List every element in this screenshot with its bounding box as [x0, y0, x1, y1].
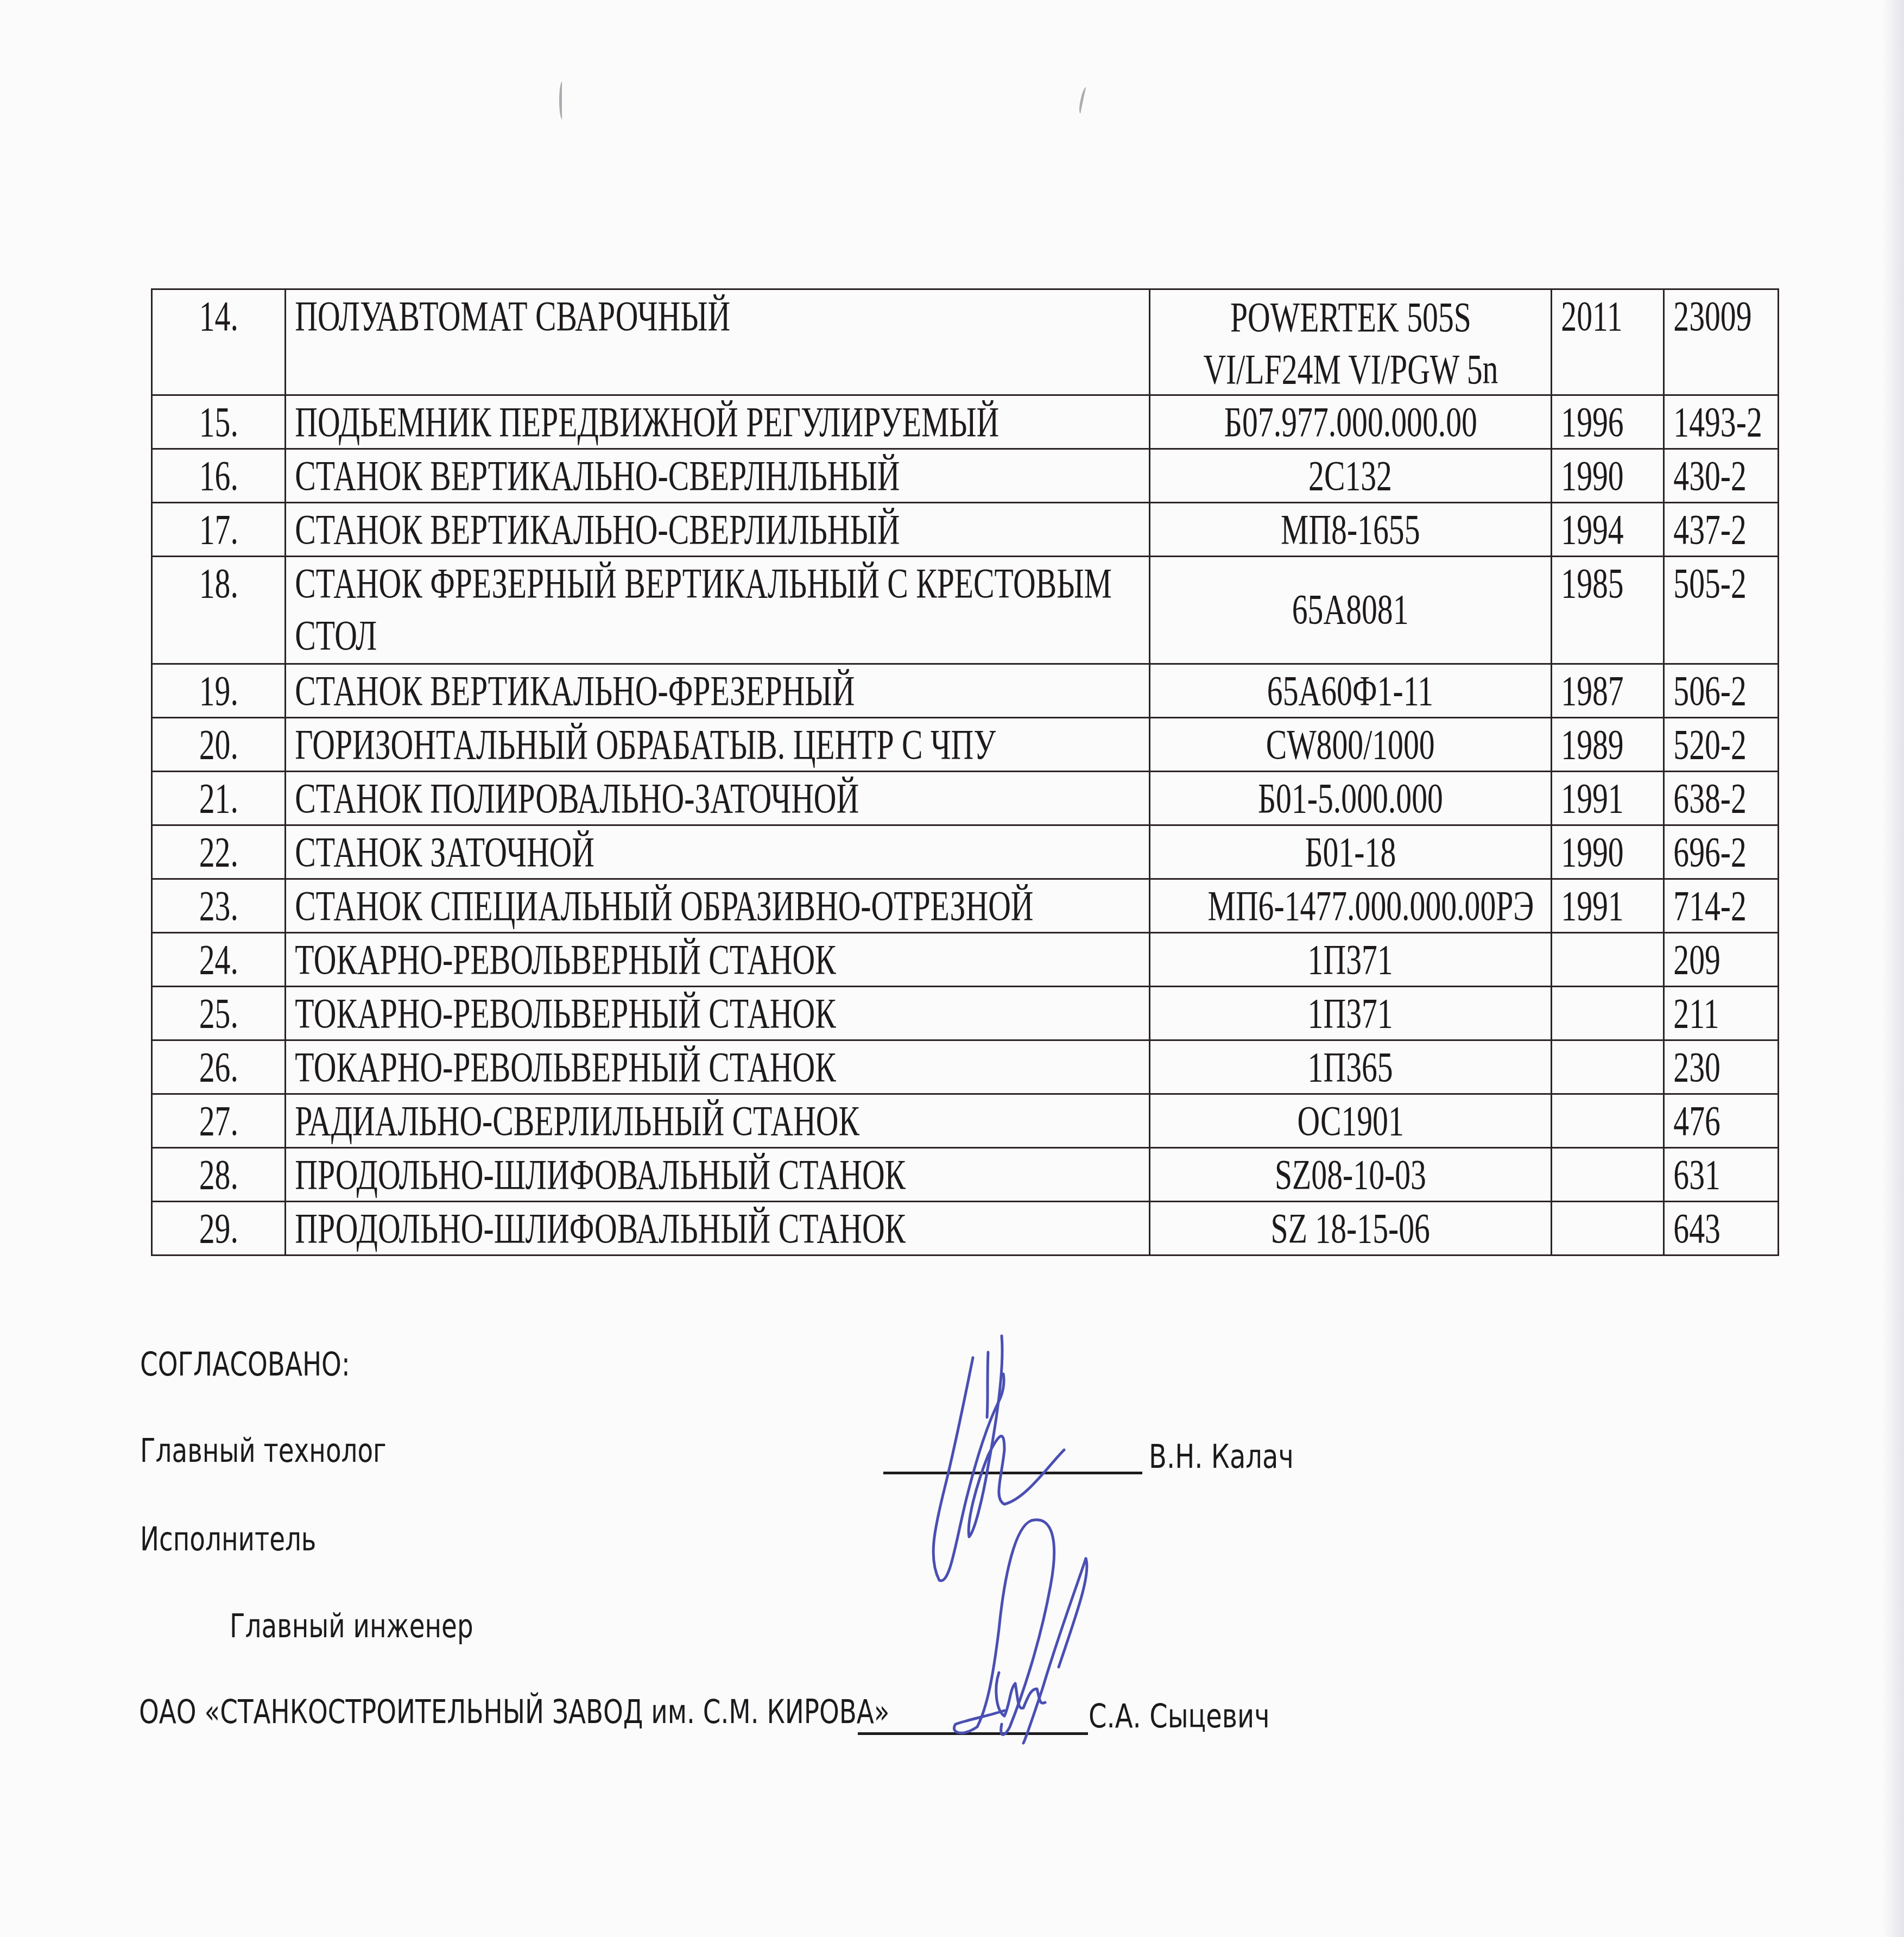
- inventory-number-cell: 714-2: [1664, 879, 1779, 933]
- model: 1П371: [1308, 933, 1393, 986]
- equipment-name-cell: ПРОДОЛЬНО-ШЛИФОВАЛЬНЫЙ СТАНОК: [286, 1148, 1150, 1202]
- row-number-cell: 22.: [152, 825, 286, 879]
- row-number-cell: 29.: [152, 1202, 286, 1255]
- model-cell: Б01-18: [1150, 825, 1552, 879]
- punch-hole-mark: [559, 81, 565, 119]
- model-cell: 2С132: [1150, 449, 1552, 503]
- row-number: 17.: [199, 503, 238, 556]
- signature-engineer-icon: [923, 1510, 1151, 1749]
- model-cell: Б01-5.000.000: [1150, 772, 1552, 825]
- year-cell: [1552, 1094, 1664, 1148]
- inventory-number-cell: 696-2: [1664, 825, 1779, 879]
- punch-hole-mark: [1078, 86, 1089, 114]
- inventory-number-cell: 211: [1664, 987, 1779, 1040]
- model-cell: SZ08-10-03: [1150, 1148, 1552, 1202]
- table-row: 17.СТАНОК ВЕРТИКАЛЬНО-СВЕРЛИЛЬНЫЙМП8-165…: [152, 503, 1779, 557]
- table-row: 19.СТАНОК ВЕРТИКАЛЬНО-ФРЕЗЕРНЫЙ65А60Ф1-1…: [152, 664, 1779, 718]
- inventory-number: 437-2: [1665, 503, 1747, 556]
- model-line: VI/LF24M VI/PGW 5n: [1203, 344, 1498, 394]
- inventory-number-cell: 476: [1664, 1094, 1779, 1148]
- table-row: 14.ПОЛУАВТОМАТ СВАРОЧНЫЙPOWERTEK 505SVI/…: [152, 289, 1779, 395]
- inventory-number: 506-2: [1665, 665, 1747, 717]
- equipment-name-cell: ГОРИЗОНТАЛЬНЫЙ ОБРАБАТЫВ. ЦЕНТР С ЧПУ: [286, 718, 1150, 772]
- year-cell: 1989: [1552, 718, 1664, 772]
- equipment-name: ТОКАРНО-РЕВОЛЬВЕРНЫЙ СТАНОК: [286, 987, 836, 1039]
- row-number-cell: 14.: [152, 289, 286, 395]
- model-cell: POWERTEK 505SVI/LF24M VI/PGW 5n: [1150, 289, 1552, 395]
- row-number: 14.: [199, 290, 238, 342]
- equipment-name: СТАНОК ВЕРТИКАЛЬНО-СВЕРЛНЛЬНЫЙ: [286, 450, 900, 502]
- inventory-number: 696-2: [1665, 826, 1747, 878]
- model-cell: CW800/1000: [1150, 718, 1552, 772]
- model: SZ08-10-03: [1275, 1149, 1426, 1201]
- model-cell: 1П371: [1150, 987, 1552, 1040]
- year-cell: 1991: [1552, 879, 1664, 933]
- inventory-number-cell: 1493-2: [1664, 395, 1779, 449]
- inventory-number-cell: 631: [1664, 1148, 1779, 1202]
- inventory-number: 23009: [1665, 290, 1752, 342]
- equipment-name: СТАНОК ПОЛИРОВАЛЬНО-ЗАТОЧНОЙ: [286, 772, 859, 824]
- equipment-name-cell: ТОКАРНО-РЕВОЛЬВЕРНЫЙ СТАНОК: [286, 1040, 1150, 1094]
- inventory-number-cell: 209: [1664, 933, 1779, 987]
- equipment-name: СТАНОК ЗАТОЧНОЙ: [286, 826, 594, 878]
- table-row: 24.ТОКАРНО-РЕВОЛЬВЕРНЫЙ СТАНОК1П371209: [152, 933, 1779, 987]
- inventory-number: 714-2: [1665, 880, 1747, 932]
- year-cell: 1985: [1552, 557, 1664, 664]
- equipment-name-cell: ПОДЬЕМНИК ПЕРЕДВИЖНОЙ РЕГУЛИРУЕМЫЙ: [286, 395, 1150, 449]
- equipment-name-cell: ТОКАРНО-РЕВОЛЬВЕРНЫЙ СТАНОК: [286, 933, 1150, 987]
- model: SZ 18-15-06: [1271, 1202, 1430, 1254]
- row-number-cell: 20.: [152, 718, 286, 772]
- row-number: 15.: [199, 396, 238, 448]
- chief-technologist-label: Главный технолог: [140, 1432, 387, 1470]
- equipment-name-cell: СТАНОК СПЕЦИАЛЬНЫЙ ОБРАЗИВНО-ОТРЕЗНОЙ: [286, 879, 1150, 933]
- inventory-number: 476: [1665, 1095, 1720, 1147]
- model: ОС1901: [1297, 1095, 1403, 1147]
- inventory-number-cell: 230: [1664, 1040, 1779, 1094]
- equipment-name: СТАНОК ВЕРТИКАЛЬНО-СВЕРЛИЛЬНЫЙ: [286, 503, 900, 556]
- inventory-number: 520-2: [1665, 718, 1747, 771]
- inventory-number: 230: [1665, 1041, 1720, 1093]
- row-number: 18.: [199, 557, 238, 609]
- equipment-name: ПРОДОЛЬНО-ШЛИФОВАЛЬНЫЙ СТАНОК: [286, 1202, 906, 1254]
- row-number: 28.: [199, 1149, 238, 1201]
- row-number: 19.: [199, 665, 238, 717]
- manufacture-year: 1996: [1552, 396, 1624, 448]
- model: Б01-18: [1305, 826, 1396, 878]
- model: Б01-5.000.000: [1258, 772, 1443, 824]
- table-row: 16.СТАНОК ВЕРТИКАЛЬНО-СВЕРЛНЛЬНЫЙ2С13219…: [152, 449, 1779, 503]
- model-cell: 1П371: [1150, 933, 1552, 987]
- row-number: 20.: [199, 718, 238, 771]
- table-row: 18.СТАНОК ФРЕЗЕРНЫЙ ВЕРТИКАЛЬНЫЙ С КРЕСТ…: [152, 557, 1779, 664]
- equipment-name-cell: РАДИАЛЬНО-СВЕРЛИЛЬНЫЙ СТАНОК: [286, 1094, 1150, 1148]
- equipment-name: ПРОДОЛЬНО-ШЛИФОВАЛЬНЫЙ СТАНОК: [286, 1149, 906, 1201]
- equipment-name-cell: СТАНОК ВЕРТИКАЛЬНО-СВЕРЛИЛЬНЫЙ: [286, 503, 1150, 557]
- equipment-name: ГОРИЗОНТАЛЬНЫЙ ОБРАБАТЫВ. ЦЕНТР С ЧПУ: [286, 718, 996, 771]
- year-cell: 1990: [1552, 825, 1664, 879]
- model-cell: 65А8081: [1150, 557, 1552, 664]
- manufacture-year: 1991: [1552, 772, 1624, 824]
- equipment-name: РАДИАЛЬНО-СВЕРЛИЛЬНЫЙ СТАНОК: [286, 1095, 859, 1147]
- model: 65А8081: [1292, 583, 1409, 635]
- approval-heading: СОГЛАСОВАНО:: [140, 1346, 350, 1384]
- table-row: 22.СТАНОК ЗАТОЧНОЙБ01-181990696-2: [152, 825, 1779, 879]
- row-number-cell: 16.: [152, 449, 286, 503]
- year-cell: 1991: [1552, 772, 1664, 825]
- row-number-cell: 26.: [152, 1040, 286, 1094]
- equipment-name: ПОЛУАВТОМАТ СВАРОЧНЫЙ: [286, 290, 730, 342]
- model-cell: ОС1901: [1150, 1094, 1552, 1148]
- table-row: 27.РАДИАЛЬНО-СВЕРЛИЛЬНЫЙ СТАНОКОС1901476: [152, 1094, 1779, 1148]
- scan-edge-shadow: [1882, 0, 1904, 1937]
- table-row: 29.ПРОДОЛЬНО-ШЛИФОВАЛЬНЫЙ СТАНОКSZ 18-15…: [152, 1202, 1779, 1255]
- manufacture-year: 1989: [1552, 718, 1624, 771]
- inventory-number: 209: [1665, 933, 1720, 986]
- inventory-number-cell: 23009: [1664, 289, 1779, 395]
- manufacture-year: 1991: [1552, 880, 1624, 932]
- row-number: 25.: [199, 987, 238, 1039]
- inventory-number-cell: 643: [1664, 1202, 1779, 1255]
- inventory-number: 643: [1665, 1202, 1720, 1254]
- inventory-number: 638-2: [1665, 772, 1747, 824]
- row-number: 29.: [199, 1202, 238, 1254]
- model-cell: МП6-1477.000.000.00РЭ: [1150, 879, 1552, 933]
- row-number-cell: 25.: [152, 987, 286, 1040]
- manufacture-year: 1987: [1552, 665, 1624, 717]
- inventory-number-cell: 430-2: [1664, 449, 1779, 503]
- manufacture-year: 1994: [1552, 503, 1624, 556]
- inventory-number: 211: [1665, 987, 1719, 1039]
- table-row: 23.СТАНОК СПЕЦИАЛЬНЫЙ ОБРАЗИВНО-ОТРЕЗНОЙ…: [152, 879, 1779, 933]
- row-number-cell: 21.: [152, 772, 286, 825]
- inventory-number-cell: 506-2: [1664, 664, 1779, 718]
- equipment-name: СТАНОК СПЕЦИАЛЬНЫЙ ОБРАЗИВНО-ОТРЕЗНОЙ: [286, 880, 1034, 932]
- model: Б07.977.000.000.00: [1224, 396, 1477, 448]
- inventory-number: 631: [1665, 1149, 1720, 1201]
- table-row: 15.ПОДЬЕМНИК ПЕРЕДВИЖНОЙ РЕГУЛИРУЕМЫЙБ07…: [152, 395, 1779, 449]
- manufacture-year: 1990: [1552, 826, 1624, 878]
- chief-engineer-label: Главный инженер: [230, 1607, 473, 1645]
- row-number-cell: 15.: [152, 395, 286, 449]
- equipment-name-cell: СТАНОК ПОЛИРОВАЛЬНО-ЗАТОЧНОЙ: [286, 772, 1150, 825]
- equipment-name-cell: ТОКАРНО-РЕВОЛЬВЕРНЫЙ СТАНОК: [286, 987, 1150, 1040]
- year-cell: 1996: [1552, 395, 1664, 449]
- row-number-cell: 24.: [152, 933, 286, 987]
- model: 2С132: [1309, 450, 1393, 502]
- equipment-name-cell: СТАНОК ФРЕЗЕРНЫЙ ВЕРТИКАЛЬНЫЙ С КРЕСТОВЫ…: [286, 557, 1150, 664]
- year-cell: [1552, 1202, 1664, 1255]
- inventory-number: 430-2: [1665, 450, 1747, 502]
- equipment-table: 14.ПОЛУАВТОМАТ СВАРОЧНЫЙPOWERTEK 505SVI/…: [151, 288, 1779, 1256]
- model: 65А60Ф1-11: [1267, 665, 1433, 717]
- row-number: 21.: [199, 772, 238, 824]
- row-number: 27.: [199, 1095, 238, 1147]
- equipment-name: ТОКАРНО-РЕВОЛЬВЕРНЫЙ СТАНОК: [286, 933, 836, 986]
- year-cell: 1990: [1552, 449, 1664, 503]
- equipment-name: ТОКАРНО-РЕВОЛЬВЕРНЫЙ СТАНОК: [286, 1041, 836, 1093]
- row-number-cell: 18.: [152, 557, 286, 664]
- year-cell: 1987: [1552, 664, 1664, 718]
- inventory-number-cell: 638-2: [1664, 772, 1779, 825]
- executor-label: Исполнитель: [140, 1520, 316, 1559]
- model-cell: Б07.977.000.000.00: [1150, 395, 1552, 449]
- inventory-number-cell: 437-2: [1664, 503, 1779, 557]
- equipment-name-cell: СТАНОК ВЕРТИКАЛЬНО-ФРЕЗЕРНЫЙ: [286, 664, 1150, 718]
- year-cell: [1552, 1040, 1664, 1094]
- table-row: 21.СТАНОК ПОЛИРОВАЛЬНО-ЗАТОЧНОЙБ01-5.000…: [152, 772, 1779, 825]
- model-cell: 1П365: [1150, 1040, 1552, 1094]
- row-number: 24.: [199, 933, 238, 986]
- model: CW800/1000: [1266, 718, 1435, 771]
- year-cell: [1552, 933, 1664, 987]
- row-number-cell: 17.: [152, 503, 286, 557]
- row-number: 23.: [199, 880, 238, 932]
- organization-name: ОАО «СТАНКОСТРОИТЕЛЬНЫЙ ЗАВОД им. С.М. К…: [139, 1693, 890, 1731]
- year-cell: 1994: [1552, 503, 1664, 557]
- row-number-cell: 23.: [152, 879, 286, 933]
- equipment-name-cell: ПОЛУАВТОМАТ СВАРОЧНЫЙ: [286, 289, 1150, 395]
- model-cell: SZ 18-15-06: [1150, 1202, 1552, 1255]
- model: 1П371: [1308, 987, 1393, 1039]
- table-row: 26.ТОКАРНО-РЕВОЛЬВЕРНЫЙ СТАНОК1П365230: [152, 1040, 1779, 1094]
- manufacture-year: 1990: [1552, 450, 1624, 502]
- chief-technologist-name: В.Н. Калач: [1149, 1438, 1294, 1476]
- equipment-name-cell: СТАНОК ВЕРТИКАЛЬНО-СВЕРЛНЛЬНЫЙ: [286, 449, 1150, 503]
- table-row: 25.ТОКАРНО-РЕВОЛЬВЕРНЫЙ СТАНОК1П371211: [152, 987, 1779, 1040]
- equipment-name: СТАНОК ВЕРТИКАЛЬНО-ФРЕЗЕРНЫЙ: [286, 665, 855, 717]
- manufacture-year: 2011: [1552, 290, 1623, 342]
- inventory-number: 505-2: [1665, 557, 1747, 609]
- model-cell: МП8-1655: [1150, 503, 1552, 557]
- equipment-name-cell: ПРОДОЛЬНО-ШЛИФОВАЛЬНЫЙ СТАНОК: [286, 1202, 1150, 1255]
- row-number-cell: 28.: [152, 1148, 286, 1202]
- year-cell: 2011: [1552, 289, 1664, 395]
- model-line: POWERTEK 505S: [1230, 292, 1471, 342]
- inventory-number: 1493-2: [1665, 396, 1762, 448]
- year-cell: [1552, 987, 1664, 1040]
- equipment-name-line: СТОЛ: [286, 609, 377, 661]
- table-row: 28.ПРОДОЛЬНО-ШЛИФОВАЛЬНЫЙ СТАНОКSZ08-10-…: [152, 1148, 1779, 1202]
- model-cell: 65А60Ф1-11: [1150, 664, 1552, 718]
- year-cell: [1552, 1148, 1664, 1202]
- row-number-cell: 27.: [152, 1094, 286, 1148]
- equipment-name: ПОДЬЕМНИК ПЕРЕДВИЖНОЙ РЕГУЛИРУЕМЫЙ: [286, 396, 999, 448]
- equipment-name-line: СТАНОК ФРЕЗЕРНЫЙ ВЕРТИКАЛЬНЫЙ С КРЕСТОВЫ…: [286, 557, 1112, 609]
- model: МП8-1655: [1281, 503, 1420, 556]
- manufacture-year: 1985: [1552, 557, 1624, 609]
- table-row: 20.ГОРИЗОНТАЛЬНЫЙ ОБРАБАТЫВ. ЦЕНТР С ЧПУ…: [152, 718, 1779, 772]
- row-number-cell: 19.: [152, 664, 286, 718]
- row-number: 16.: [199, 450, 238, 502]
- row-number: 22.: [199, 826, 238, 878]
- model: МП6-1477.000.000.00РЭ: [1208, 880, 1534, 932]
- model: 1П365: [1308, 1041, 1393, 1093]
- inventory-number-cell: 520-2: [1664, 718, 1779, 772]
- inventory-number-cell: 505-2: [1664, 557, 1779, 664]
- equipment-name-cell: СТАНОК ЗАТОЧНОЙ: [286, 825, 1150, 879]
- row-number: 26.: [199, 1041, 238, 1093]
